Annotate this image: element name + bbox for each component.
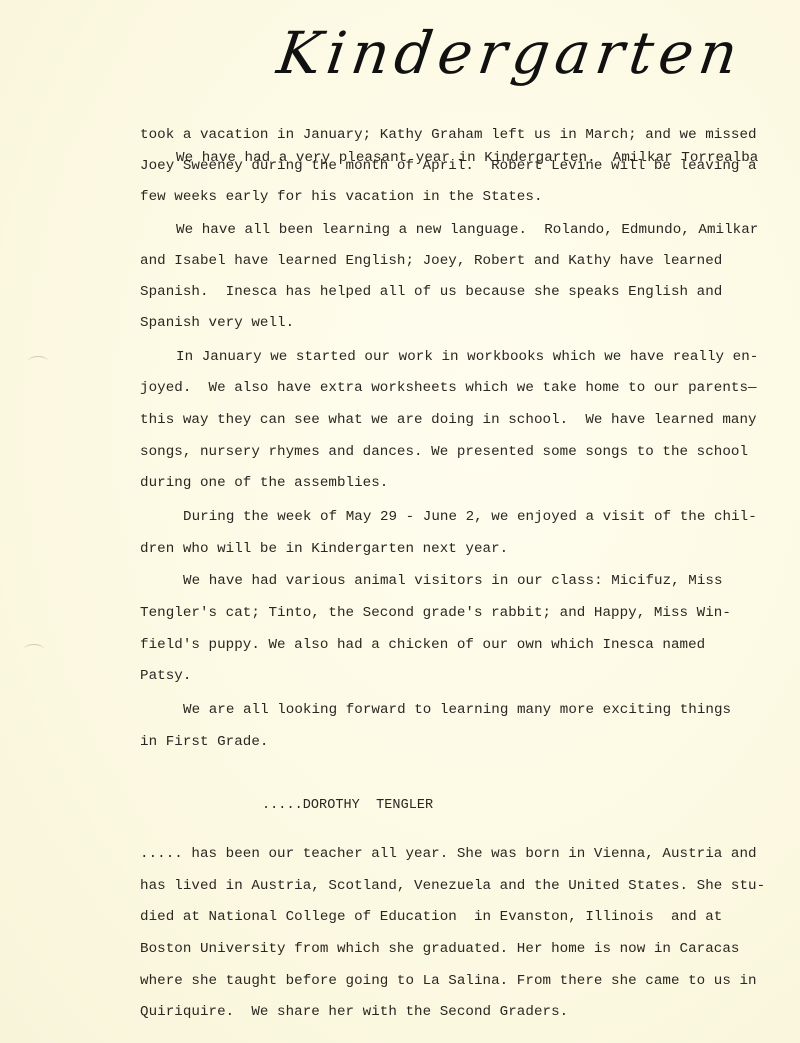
paragraph-3-line: joyed. We also have extra worksheets whi… — [140, 379, 757, 397]
bio-line: died at National College of Education in… — [140, 908, 722, 926]
paragraph-3-line: during one of the assemblies. — [140, 474, 388, 492]
punch-hole-mark — [28, 356, 48, 367]
paragraph-4-line: dren who will be in Kindergarten next ye… — [140, 540, 508, 558]
bio-line: Quiriquire. We share her with the Second… — [140, 1003, 568, 1021]
paragraph-2-line: and Isabel have learned English; Joey, R… — [140, 252, 722, 270]
page-title: Kindergarten — [273, 18, 683, 88]
paragraph-3-line: this way they can see what we are doing … — [140, 411, 757, 429]
bio-line: Boston University from which she graduat… — [140, 940, 739, 958]
bio-line: ..... has been our teacher all year. She… — [140, 845, 757, 863]
paragraph-5-line: field's puppy. We also had a chicken of … — [140, 636, 705, 654]
paragraph-4-line: During the week of May 29 - June 2, we e… — [183, 508, 757, 526]
author-signature: .....DOROTHY TENGLER — [262, 797, 433, 815]
bio-line: has lived in Austria, Scotland, Venezuel… — [140, 877, 765, 895]
paragraph-1-line: took a vacation in January; Kathy Graham… — [140, 126, 757, 144]
bio-line: where she taught before going to La Sali… — [140, 972, 757, 990]
paragraph-2-line: Spanish. Inesca has helped all of us bec… — [140, 283, 722, 301]
paragraph-3-line: songs, nursery rhymes and dances. We pre… — [140, 443, 748, 461]
paragraph-6-line: We are all looking forward to learning m… — [183, 701, 731, 719]
paragraph-2-line: Spanish very well. — [140, 314, 294, 332]
paragraph-2-line: We have all been learning a new language… — [176, 221, 758, 239]
paragraph-6-line: in First Grade. — [140, 733, 268, 751]
paragraph-3-line: In January we started our work in workbo… — [176, 348, 758, 366]
document-page: Kindergarten We have had a very pleasant… — [0, 0, 800, 1043]
paragraph-5-line: Patsy. — [140, 667, 191, 685]
punch-hole-mark — [24, 644, 44, 655]
paragraph-5-line: We have had various animal visitors in o… — [183, 572, 723, 590]
paragraph-5-line: Tengler's cat; Tinto, the Second grade's… — [140, 604, 731, 622]
paragraph-1-line: few weeks early for his vacation in the … — [140, 188, 543, 206]
paragraph-1-line: Joey Sweeney during the month of April. … — [140, 157, 757, 175]
